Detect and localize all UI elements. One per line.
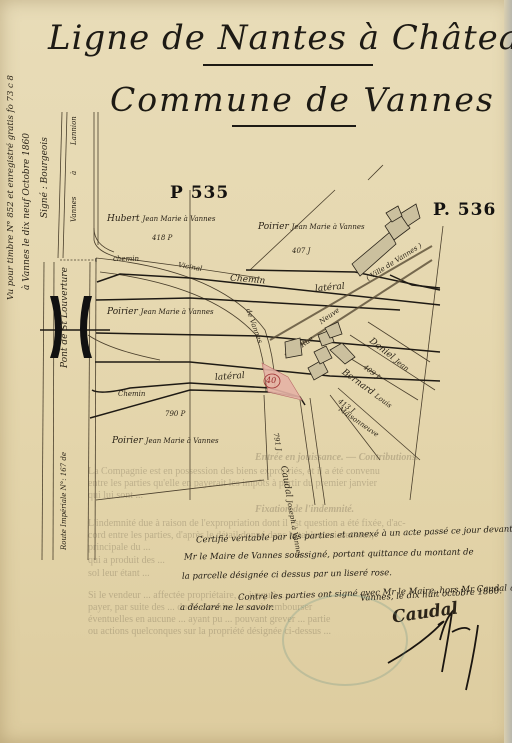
- document-page: Entrée en jouissance. — Contributions. L…: [0, 0, 512, 743]
- signature-mayor: [0, 0, 512, 743]
